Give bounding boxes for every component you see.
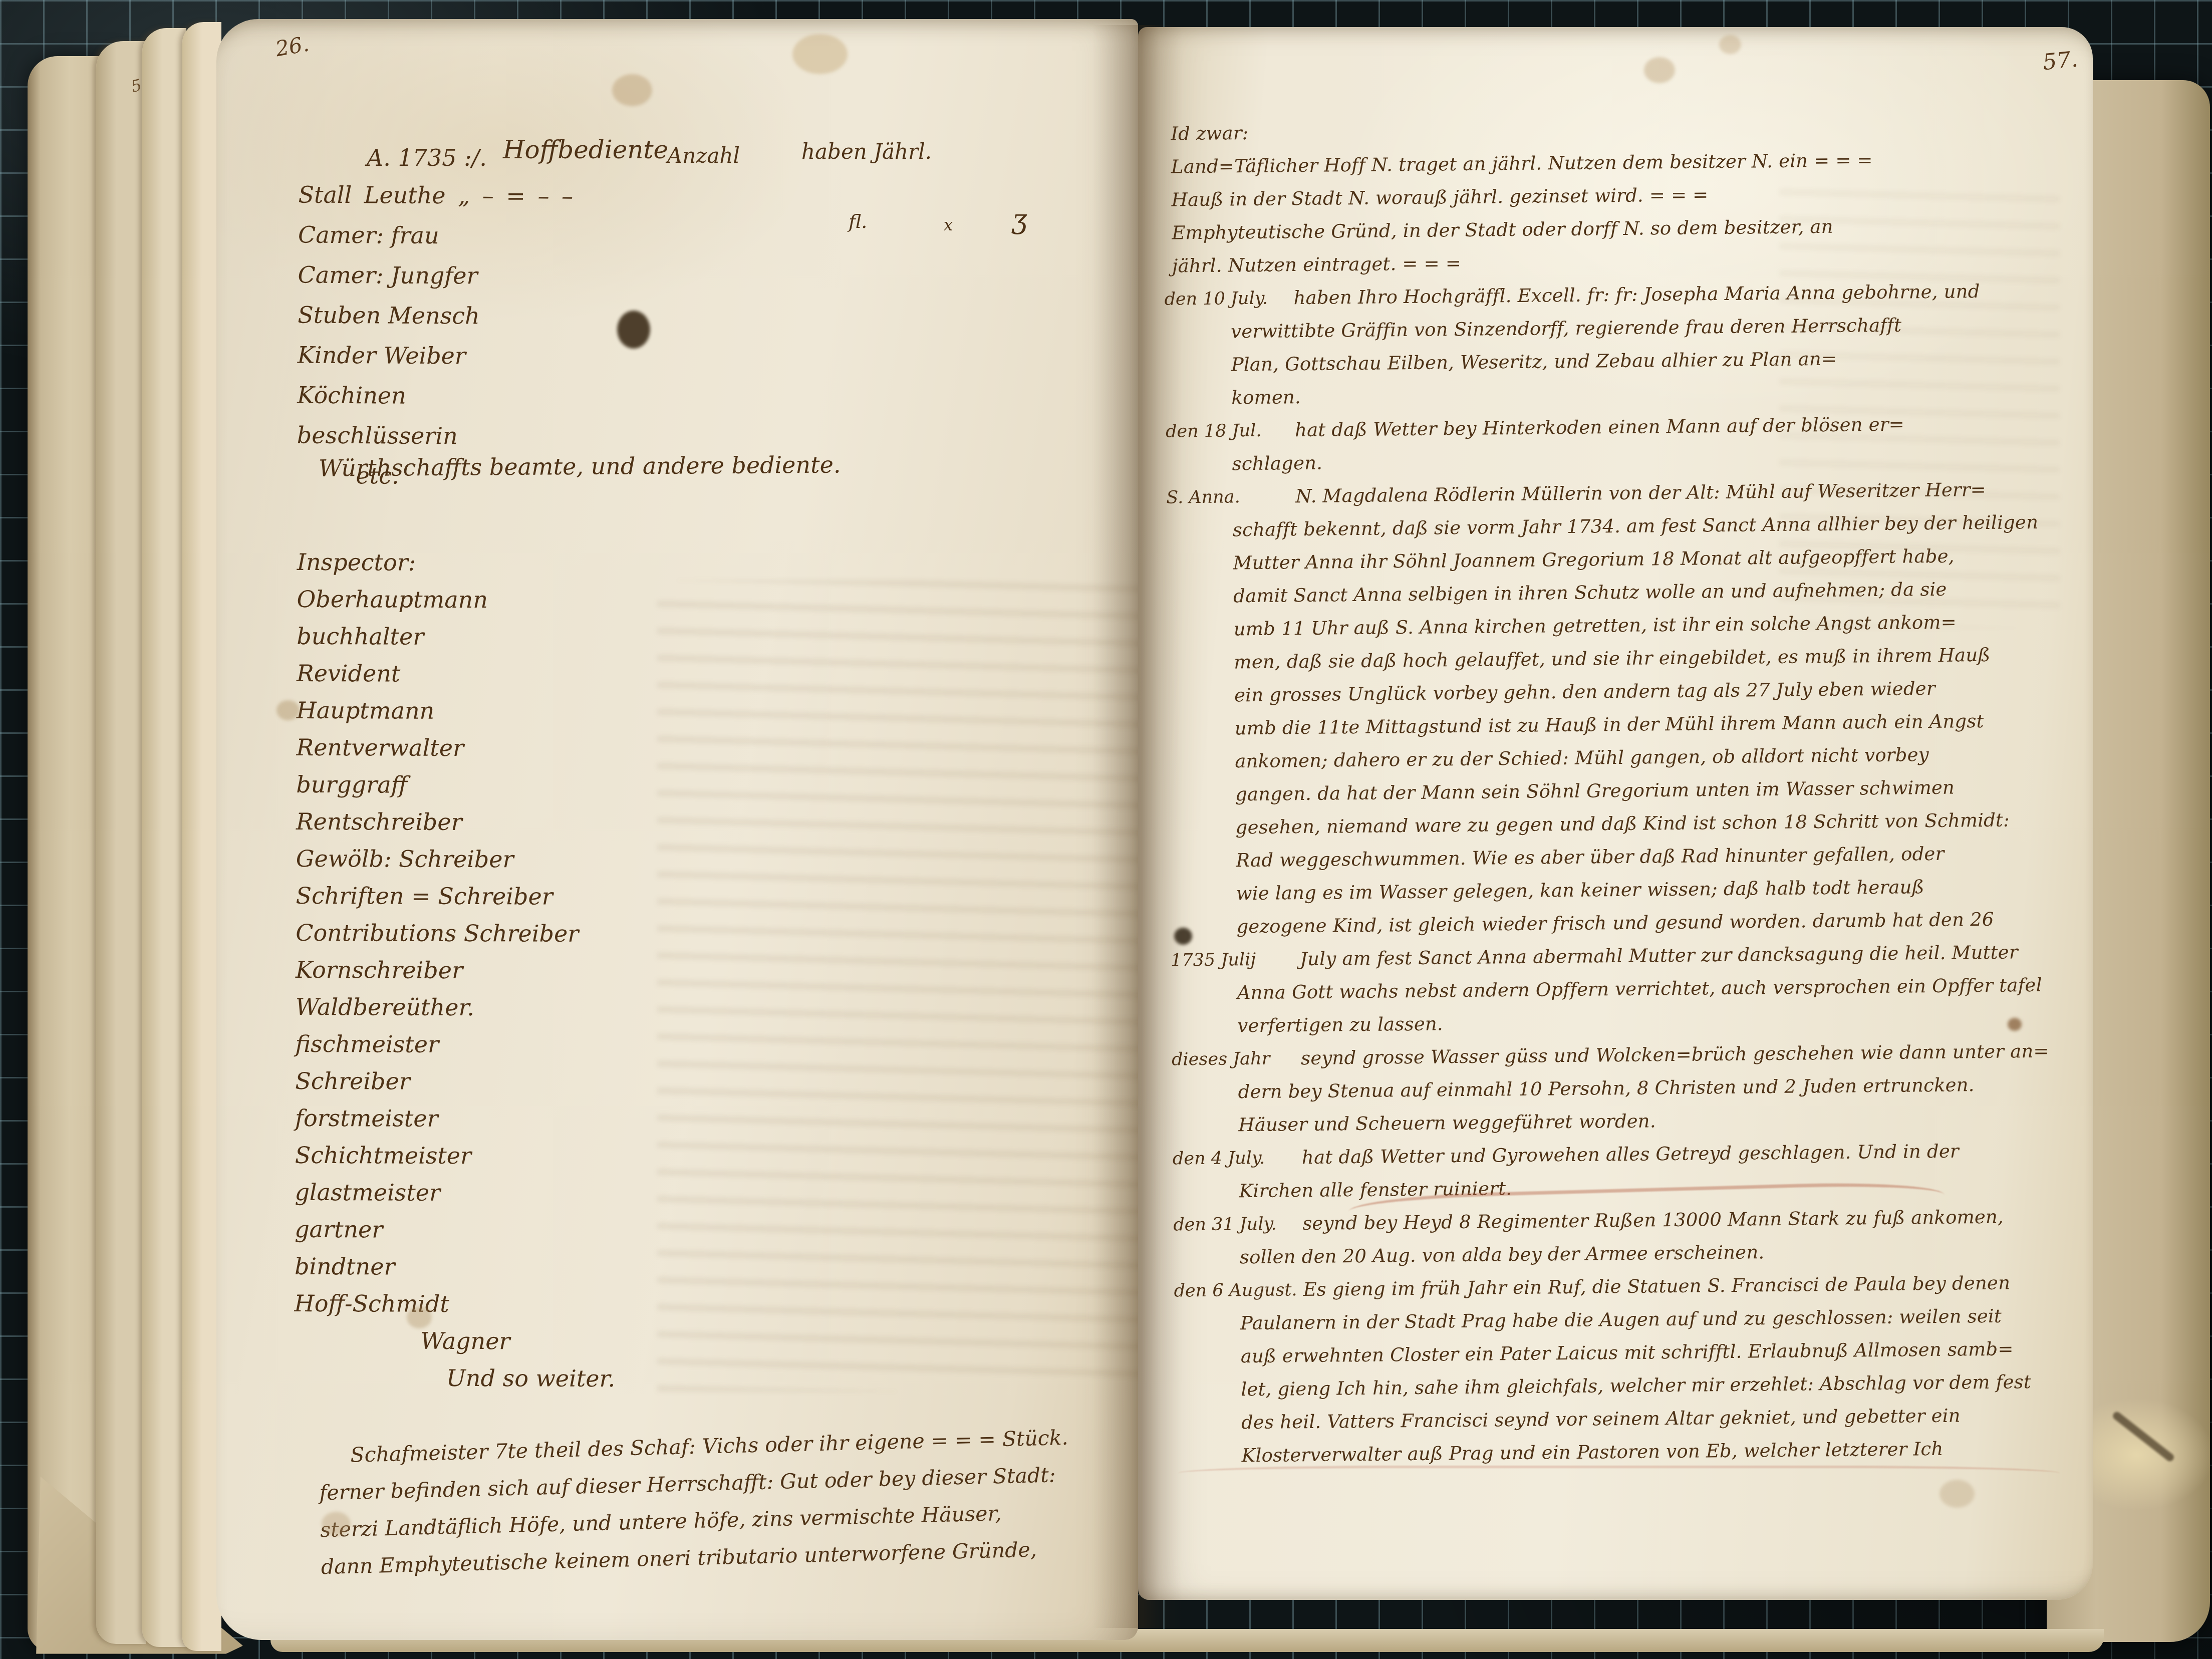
official-list-item: Waldbereüther. bbox=[296, 988, 617, 1026]
line-text: umb 11 Uhr auß S. Anna kirchen getretten… bbox=[1234, 612, 1957, 640]
line-text: ankomen; dahero er zu der Schied: Mühl g… bbox=[1235, 744, 1929, 772]
official-list-item: Oberhauptmann bbox=[297, 581, 618, 619]
ink-bleedthrough bbox=[657, 580, 1138, 1392]
servant-list-item: beschlüsserin bbox=[297, 415, 572, 457]
line-text: Klosterverwalter auß Prag und ein Pastor… bbox=[1241, 1438, 1943, 1466]
manuscript-lines: Id zwar:Land=Täflicher Hoff N. traget an… bbox=[1158, 109, 2082, 1473]
line-text: haben Ihro Hochgräffl. Excell. fr: fr: J… bbox=[1293, 281, 1980, 309]
line-text: sollen den 20 Aug. von alda bey der Arme… bbox=[1240, 1241, 1765, 1268]
line-text: Land=Täflicher Hoff N. traget an jährl. … bbox=[1171, 149, 1873, 177]
margin-note: dieses Jahr bbox=[1172, 1042, 1270, 1076]
line-text: N. Magdalena Rödlerin Müllerin von der A… bbox=[1295, 479, 1986, 507]
margin-note: S. Anna. bbox=[1166, 480, 1240, 514]
line-text: Mutter Anna ihr Söhnl Joannem Gregorium … bbox=[1233, 545, 1954, 574]
official-list-item: bindtner bbox=[295, 1248, 616, 1286]
line-text: Emphyteutische Gründ, in der Stadt oder … bbox=[1172, 216, 1833, 244]
official-list-item: Contributions Schreiber bbox=[296, 914, 617, 952]
page-number-left: 26. bbox=[273, 32, 311, 62]
official-list-item: Gewölb: Schreiber bbox=[296, 840, 617, 878]
line-text: verwittibte Gräffin von Sinzendorff, reg… bbox=[1231, 315, 1901, 343]
line-text: umb die 11te Mittagstund ist zu Hauß in … bbox=[1235, 710, 1984, 739]
line-text: July am fest Sanct Anna abermahl Mutter … bbox=[1300, 941, 2018, 970]
line-text: auß erwehnten Closter ein Pater Laicus m… bbox=[1241, 1338, 2014, 1367]
manuscript-book: 5 26. A. 1735 :/. Hoffbediente Anzahl ha… bbox=[0, 0, 2212, 1659]
line-text: des heil. Vatters Francisci seynd vor se… bbox=[1241, 1405, 1961, 1434]
official-list-item: Kornschreiber bbox=[296, 951, 617, 989]
official-list-item: Rentschreiber bbox=[296, 803, 617, 841]
servant-list-item: Stuben Mensch bbox=[298, 295, 573, 337]
margin-note: den 10 July. bbox=[1164, 282, 1268, 316]
margin-note: 1735 Julij bbox=[1171, 943, 1256, 977]
column-unit-florin: fl. bbox=[849, 210, 867, 232]
official-list-item: buchhalter bbox=[297, 618, 618, 656]
officials-list: Inspector:OberhauptmannbuchhalterReviden… bbox=[294, 543, 618, 1397]
paraph-flourish-icon: ʒ bbox=[1012, 203, 1027, 235]
servant-list-item: Kinder Weiber bbox=[298, 335, 573, 377]
servant-list-item: Camer: frau bbox=[298, 215, 573, 256]
stain bbox=[612, 74, 652, 106]
margin-note: den 31 July. bbox=[1173, 1208, 1277, 1242]
line-text: hat daß Wetter und Gyrowehen alles Getre… bbox=[1302, 1141, 1959, 1169]
line-text: Häuser und Scheuern weggeführet worden. bbox=[1238, 1110, 1656, 1136]
official-list-item: Revident bbox=[297, 655, 618, 693]
ink-blotch bbox=[617, 311, 650, 349]
official-list-item: burggraff bbox=[296, 766, 617, 804]
line-text: let, gieng Ich hin, sahe ihm gleichfals,… bbox=[1241, 1371, 2031, 1400]
official-list-item: gartner bbox=[295, 1211, 616, 1249]
column-header-anzahl: Anzahl bbox=[667, 143, 740, 168]
page-edges-stack-inner bbox=[182, 22, 221, 1651]
line-text: seynd bey Heyd 8 Regimenter Rußen 13000 … bbox=[1302, 1206, 2004, 1234]
cover-crack bbox=[2111, 1411, 2175, 1463]
line-text: schlagen. bbox=[1232, 452, 1322, 475]
stain bbox=[1719, 35, 1741, 54]
official-list-item: glastmeister bbox=[295, 1174, 616, 1212]
margin-note: den 4 July. bbox=[1173, 1142, 1265, 1176]
line-text: gangen. da hat der Mann sein Söhnl Grego… bbox=[1235, 777, 1955, 805]
servant-list: Stall Leuthe „ – = – –Camer: frauCamer: … bbox=[297, 175, 573, 497]
official-list-item: Schriften = Schreiber bbox=[296, 877, 617, 915]
line-text: Kirchen alle fenster ruiniert. bbox=[1239, 1178, 1512, 1202]
line-text: Es gieng im früh Jahr ein Ruf, die Statu… bbox=[1303, 1272, 2010, 1301]
line-text: Anna Gott wachs nebst andern Opffern ver… bbox=[1237, 974, 2042, 1003]
official-list-item: Inspector: bbox=[297, 543, 618, 582]
page-number-right: 57. bbox=[2042, 46, 2079, 75]
page-edges-stack-outer bbox=[96, 41, 146, 1644]
servant-list-item: Stall Leuthe „ – = – – bbox=[298, 175, 573, 216]
official-list-item: Hauptmann bbox=[297, 692, 618, 730]
line-text: komen. bbox=[1231, 386, 1301, 408]
official-list-item: Rentverwalter bbox=[296, 729, 617, 767]
line-text: dern bey Stenua auf einmahl 10 Persohn, … bbox=[1238, 1074, 1975, 1102]
line-text: Id zwar: bbox=[1171, 122, 1248, 144]
line-text: jährl. Nutzen eintraget. = = = bbox=[1172, 252, 1462, 277]
page-left: 26. A. 1735 :/. Hoffbediente Anzahl habe… bbox=[216, 19, 1138, 1640]
column-header-haben-jaehrl: haben Jährl. bbox=[801, 139, 932, 164]
line-text: gesehen, niemand ware zu gegen und daß K… bbox=[1235, 809, 2009, 839]
line-text: damit Sanct Anna selbigen in ihren Schut… bbox=[1233, 579, 1947, 607]
official-list-item: Schreiber bbox=[295, 1062, 616, 1100]
line-text: Hauß in der Stadt N. worauß jährl. gezin… bbox=[1171, 184, 1708, 210]
line-text: verfertigen zu lassen. bbox=[1237, 1013, 1443, 1036]
official-list-item: Wagner bbox=[294, 1322, 615, 1360]
official-list-item: Und so weiter. bbox=[294, 1359, 615, 1397]
line-text: schafft bekennt, daß sie vorm Jahr 1734.… bbox=[1233, 511, 2039, 540]
page-edges-stack-middle bbox=[142, 28, 186, 1647]
stain bbox=[792, 34, 848, 74]
page-title: Hoffbediente bbox=[503, 135, 668, 164]
line-text: hat daß Wetter bey Hinterkoden einen Man… bbox=[1295, 414, 1904, 441]
official-list-item: Hoff-Schmidt bbox=[295, 1285, 616, 1323]
footer-paragraph: Schafmeister 7te theil des Schaf: Vichs … bbox=[318, 1418, 1113, 1586]
line-text: men, daß sie daß hoch gelauffet, und sie… bbox=[1234, 644, 1990, 673]
page-right: 57. Id zwar:Land=Täflicher Hoff N. trage… bbox=[1138, 27, 2093, 1600]
official-list-item: Schichtmeister bbox=[295, 1137, 616, 1175]
servant-list-item: Köchinen bbox=[297, 375, 572, 417]
line-text: ein grosses Unglück vorbey gehn. den and… bbox=[1234, 678, 1935, 706]
year-heading: A. 1735 :/. bbox=[367, 144, 487, 171]
line-text: Rad weggeschwummen. Wie es aber über daß… bbox=[1236, 843, 1945, 872]
margin-note: den 18 Jul. bbox=[1166, 414, 1262, 448]
official-list-item: forstmeister bbox=[295, 1099, 616, 1138]
margin-note: den 6 August. bbox=[1174, 1273, 1297, 1307]
subheading-officials: Würthschaffts beamte, und andere bedient… bbox=[319, 451, 841, 481]
official-list-item: fischmeister bbox=[295, 1025, 616, 1063]
column-unit-kreuzer: x bbox=[944, 215, 953, 234]
stain bbox=[1644, 57, 1675, 83]
servant-list-item: Camer: Jungfer bbox=[298, 255, 573, 297]
line-text: Plan, Gottschau Eilben, Weseritz, und Ze… bbox=[1231, 348, 1837, 376]
line-text: wie lang es im Wasser gelegen, kan keine… bbox=[1236, 876, 1924, 904]
stain bbox=[1940, 1480, 1975, 1508]
line-text: Paulanern in der Stadt Prag habe die Aug… bbox=[1240, 1305, 2002, 1334]
line-text: seynd grosse Wasser güss und Wolcken=brü… bbox=[1301, 1040, 2049, 1069]
line-text: gezogene Kind, ist gleich wieder frisch … bbox=[1236, 909, 1994, 938]
